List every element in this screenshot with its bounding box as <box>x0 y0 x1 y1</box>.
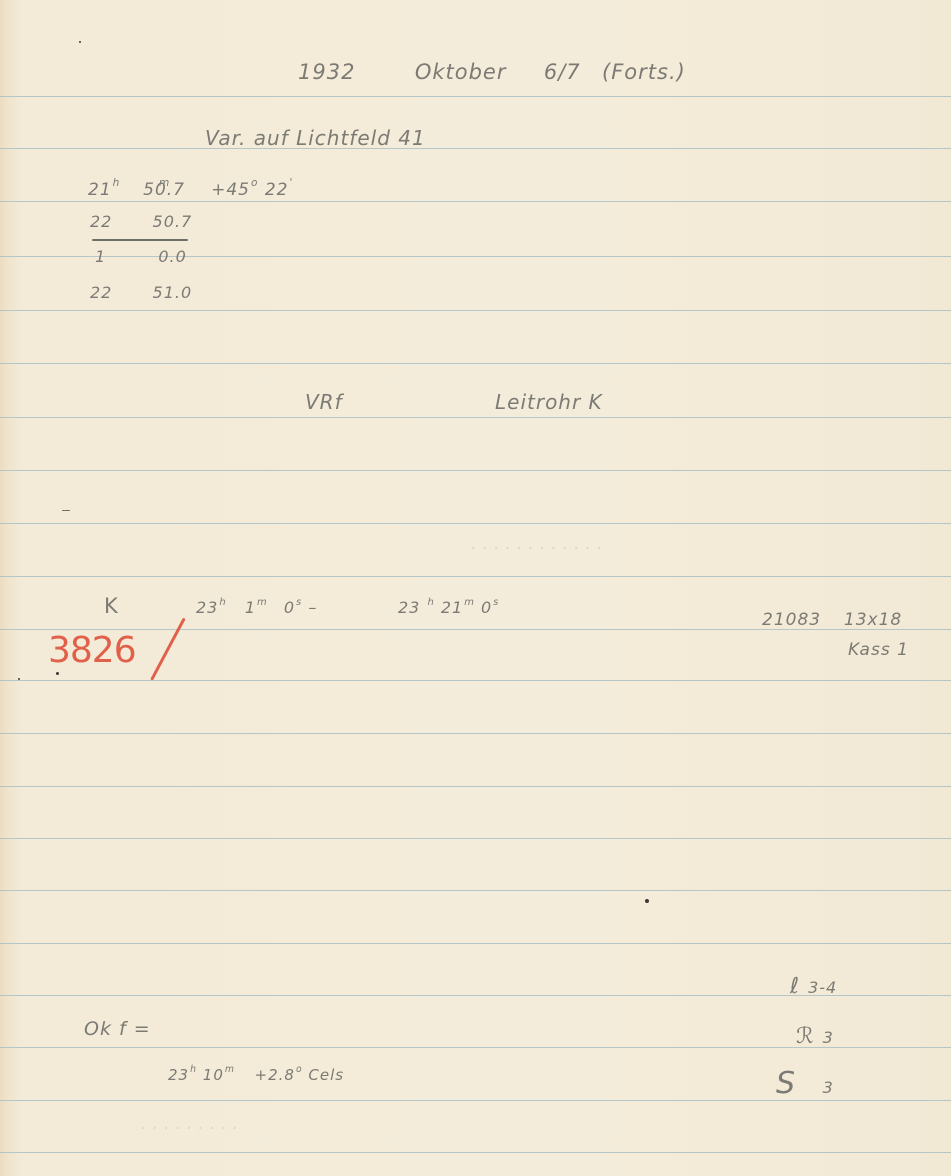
plate-info-number: 21083 13x18 <box>762 610 902 630</box>
ruled-line <box>0 148 951 149</box>
seeing-symbol-icon: ℓ <box>790 974 800 999</box>
variable-note: Var. auf Lichtfeld 41 <box>205 126 426 150</box>
plate-number: 3826 <box>48 630 136 671</box>
exposure-end: 23 h 21m 0s <box>398 598 499 617</box>
transparency-symbol-icon: ℛ <box>796 1024 815 1049</box>
coord-row-3: 1 0.0 <box>95 247 187 266</box>
pencil-dot <box>56 672 59 675</box>
pencil-mark <box>62 510 70 511</box>
ruled-line <box>0 201 951 202</box>
sum-line <box>92 239 188 241</box>
ruled-line <box>0 680 951 681</box>
ruled-line <box>0 470 951 471</box>
ruled-line <box>0 890 951 891</box>
ruled-line <box>0 576 951 577</box>
notebook-page: · · · · · · · · · · · · · · · · · · · · … <box>0 0 951 1176</box>
ruled-line <box>0 523 951 524</box>
instrument-label: VRf <box>305 390 343 414</box>
ok-focus-label: Ok f = <box>84 1018 151 1040</box>
exposure-prefix: K <box>104 594 119 618</box>
bleed-through-text: · · · · · · · · · <box>140 1118 237 1139</box>
bleed-through-text: · · · · · · · · · · · · <box>470 538 602 559</box>
steadiness-symbol-icon: S <box>776 1066 796 1101</box>
condition-seeing: ℓ 3-4 <box>790 974 837 999</box>
header-month: Oktober <box>415 60 507 84</box>
header-continuation: (Forts.) <box>602 60 686 84</box>
ruled-line <box>0 838 951 839</box>
coord-row-1: 21h 50.7m +45o 22' <box>88 180 293 200</box>
paper-speck <box>18 678 20 680</box>
guide-scope-label: Leitrohr K <box>495 390 603 414</box>
ruled-line <box>0 310 951 311</box>
ruled-line <box>0 417 951 418</box>
coord-row-2: 22 50.7 <box>90 212 192 231</box>
paper-speck <box>645 899 649 903</box>
ruled-line <box>0 363 951 364</box>
coord-row-4: 22 51.0 <box>90 283 192 302</box>
ruled-line <box>0 733 951 734</box>
ruled-line <box>0 943 951 944</box>
ruled-line <box>0 96 951 97</box>
ok-focus-values: 23h 10m +2.8o Cels <box>168 1066 344 1084</box>
red-check-mark <box>150 617 186 680</box>
condition-steadiness: S 3 <box>776 1066 834 1101</box>
header-date: 6/7 <box>544 60 581 84</box>
plate-cassette: Kass 1 <box>848 640 909 660</box>
header-year: 1932 <box>298 60 355 84</box>
ruled-line <box>0 1152 951 1153</box>
condition-transparency: ℛ 3 <box>796 1024 834 1049</box>
exposure-start: 23h 1m 0s – <box>196 598 317 617</box>
page-header: 1932 Oktober 6/7 (Forts.) <box>298 60 686 84</box>
paper-speck <box>79 41 81 43</box>
ruled-line <box>0 786 951 787</box>
